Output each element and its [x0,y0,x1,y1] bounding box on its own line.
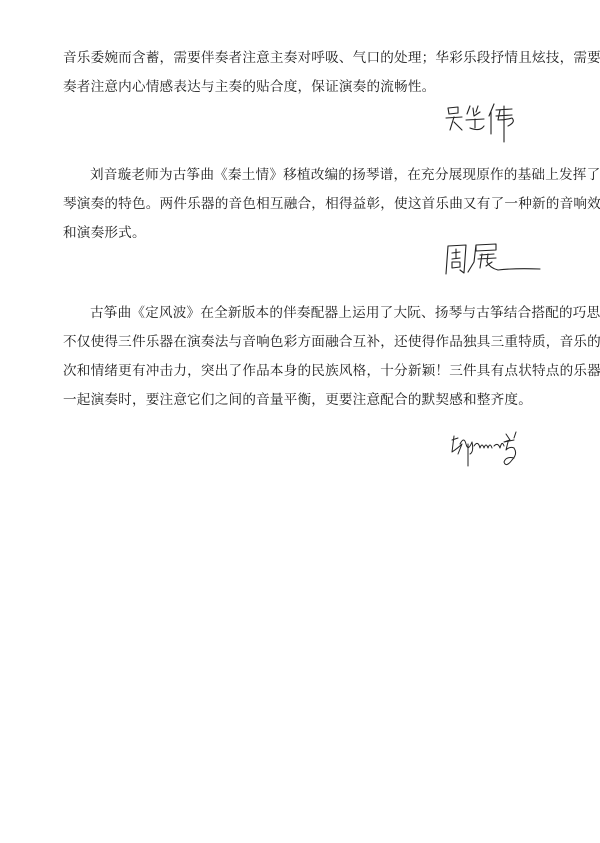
paragraph-1: 音乐委婉而含蓄，需要伴奏者注意主奏对呼吸、气口的处理；华彩乐段抒情且炫技，需要伴… [63,44,553,102]
paragraph-line: 音乐委婉而含蓄，需要伴奏者注意主奏对呼吸、气口的处理；华彩乐段抒情且炫技，需要伴 [63,44,553,73]
paragraph-3: 古筝曲《定风波》在全新版本的伴奏配器上运用了大阮、扬琴与古筝结合搭配的巧思， 不… [63,299,553,415]
paragraph-line: 琴演奏的特色。两件乐器的音色相互融合，相得益彰，使这首乐曲又有了一种新的音响效果 [63,190,553,219]
handwritten-signature-icon [448,430,528,475]
paragraph-2: 刘音璇老师为古筝曲《秦土情》移植改编的扬琴谱，在充分展现原作的基础上发挥了扬 琴… [63,161,553,248]
paragraph-line: 刘音璇老师为古筝曲《秦土情》移植改编的扬琴谱，在充分展现原作的基础上发挥了扬 [63,161,553,190]
paragraph-line: 一起演奏时，要注意它们之间的音量平衡，更要注意配合的默契感和整齐度。 [63,386,553,415]
paragraph-line: 次和情绪更有冲击力，突出了作品本身的民族风格，十分新颖！三件具有点状特点的乐器在 [63,357,553,386]
handwritten-signature-icon [440,100,530,145]
signature-2 [440,240,550,282]
signature-3 [448,430,528,475]
handwritten-signature-icon [440,240,550,282]
paragraph-line: 古筝曲《定风波》在全新版本的伴奏配器上运用了大阮、扬琴与古筝结合搭配的巧思， [63,299,553,328]
paragraph-line: 不仅使得三件乐器在演奏法与音响色彩方面融合互补，还使得作品独具三重特质，音乐的层 [63,328,553,357]
paragraph-line: 奏者注意内心情感表达与主奏的贴合度，保证演奏的流畅性。 [63,73,553,102]
signature-1 [440,100,530,145]
